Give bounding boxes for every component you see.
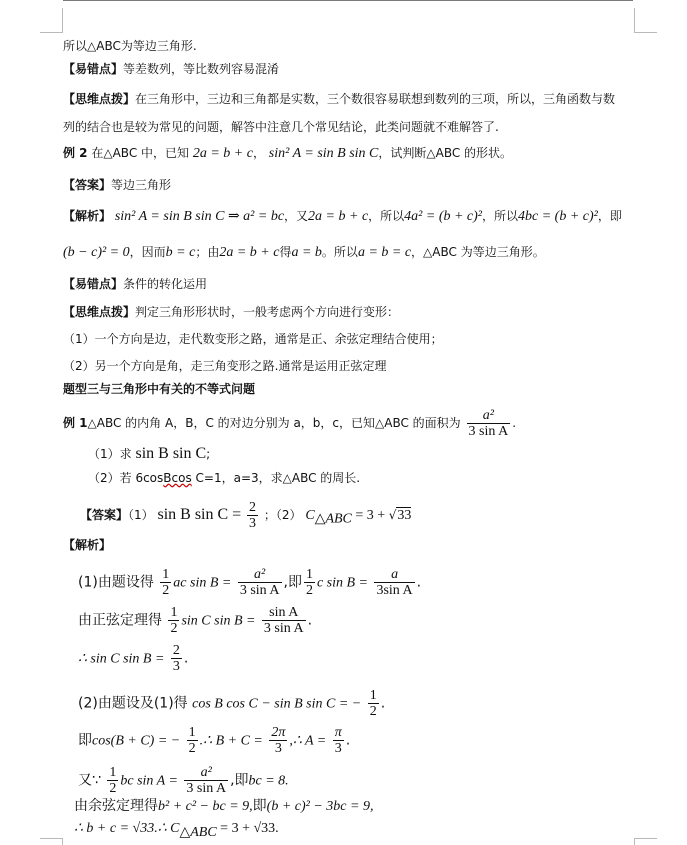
crop-mark-top-right-h bbox=[634, 32, 657, 33]
analysis-2-line-2: (b − c)² = 0，因而b = c；由2a = b + c得a = b。所… bbox=[63, 244, 545, 261]
text: ，又 bbox=[284, 209, 308, 223]
example-1: 例 1△ABC 的内角 A，B，C 的对边分别为 a，b，c，已知△ABC 的面… bbox=[63, 408, 516, 439]
numerator: 1 bbox=[160, 567, 171, 583]
expression: C bbox=[305, 508, 314, 523]
fraction: 23 bbox=[247, 500, 258, 531]
equation: 2a = b + c bbox=[219, 245, 279, 260]
crop-mark-top-right-v bbox=[634, 8, 635, 33]
equation: 2a = b + c bbox=[193, 146, 253, 161]
denominator: 3 sin A bbox=[262, 621, 306, 636]
fraction: 12 bbox=[168, 605, 179, 636]
text: (1)由题设得 bbox=[78, 575, 154, 591]
solution-2-line-4: 由余弦定理得b² + c² − bc = 9,即(b + c)² − 3bc =… bbox=[74, 798, 373, 815]
crop-mark-top-left-v bbox=[62, 8, 63, 33]
numerator: 1 bbox=[107, 765, 118, 781]
error-prone-text: 等差数列，等比数列容易混淆 bbox=[123, 62, 279, 76]
fraction: 12 bbox=[160, 567, 171, 598]
text: (2)由题设及(1)得 bbox=[78, 696, 188, 712]
crop-mark-top-left-h bbox=[40, 32, 63, 33]
equation: (b − c)² = 0 bbox=[63, 245, 130, 260]
fraction: 2π3 bbox=[269, 725, 287, 756]
answer-2: 【答案】等边三角形 bbox=[63, 177, 171, 193]
error-prone-2: 【易错点】条件的转化运用 bbox=[63, 276, 207, 292]
numerator: 2 bbox=[247, 500, 258, 516]
denominator: 2 bbox=[168, 621, 179, 636]
text: ; bbox=[206, 447, 210, 461]
equation: 4bc = (b + c)² bbox=[518, 209, 598, 224]
expression: c sin B = bbox=[317, 576, 368, 591]
text: . bbox=[417, 575, 421, 591]
expression: (b + c)² − 3bc = 9, bbox=[267, 799, 374, 814]
text: ，所以 bbox=[482, 209, 518, 223]
fraction: 12 bbox=[107, 765, 118, 796]
tag-error-prone: 【易错点】 bbox=[63, 277, 123, 291]
crop-mark-bottom-left-h bbox=[40, 838, 63, 839]
denominator: 3 bbox=[269, 741, 287, 756]
expression: = 3 + bbox=[352, 508, 389, 523]
text: （1） bbox=[128, 508, 154, 522]
text: 即 bbox=[78, 733, 92, 749]
thinking-2-item-2: （2）另一个方向是角，走三角变形之路.通常是运用正弦定理 bbox=[63, 358, 386, 374]
crop-mark-bottom-left-v bbox=[62, 838, 63, 845]
equation: sin² A = sin B sin C ⇒ a² = bc bbox=[115, 209, 284, 224]
equation: b = c bbox=[166, 245, 196, 260]
numerator: 1 bbox=[368, 688, 379, 704]
numerator: a bbox=[374, 567, 414, 583]
text: 又∵ bbox=[78, 773, 101, 789]
numerator: 1 bbox=[304, 567, 315, 583]
solution-1-line-1: (1)由题设得 12ac sin B = a²3 sin A,即12c sin … bbox=[78, 567, 421, 598]
text: . bbox=[308, 613, 312, 629]
thinking-1-line-a: 【思维点拨】在三角形中，三边和三角都是实数，三个数很容易联想到数列的三项，所以，… bbox=[63, 91, 615, 107]
expression: ∴ b + c = √33.∴ C bbox=[74, 821, 179, 836]
question-text: C=1，a=3，求△ABC 的周长. bbox=[192, 471, 360, 485]
text: ,即 bbox=[284, 575, 302, 591]
analysis-1-label: 【解析】 bbox=[63, 537, 111, 553]
fraction: sin A3 sin A bbox=[262, 605, 306, 636]
fraction: a²3 sin A bbox=[184, 765, 228, 796]
answer-1: 【答案】（1） sin B sin C = 23 ；（2） C△ABC = 3 … bbox=[80, 500, 411, 531]
fraction: 12 bbox=[187, 725, 198, 756]
numerator: a² bbox=[238, 567, 282, 583]
thinking-text: 判定三角形形状时，一般考虑两个方向进行变形： bbox=[135, 305, 399, 319]
fraction: 12 bbox=[304, 567, 315, 598]
question-text: （1）求 bbox=[88, 447, 132, 461]
denominator: 3sin A bbox=[374, 583, 414, 598]
error-prone-text: 条件的转化运用 bbox=[123, 277, 207, 291]
example-text: ，试判断△ABC 的形状。 bbox=[378, 146, 512, 160]
denominator: 3 sin A bbox=[467, 424, 511, 439]
example-text: 在△ABC 中，已知 bbox=[91, 146, 189, 160]
text: 得 bbox=[279, 245, 291, 259]
numerator: 1 bbox=[187, 725, 198, 741]
answer-text: 等边三角形 bbox=[111, 178, 171, 192]
denominator: 3 bbox=[247, 516, 258, 531]
text: ，所以 bbox=[368, 209, 404, 223]
solution-2-line-2: 即cos(B + C) = − 12.∴ B + C = 2π3,∴ A = π… bbox=[78, 725, 350, 756]
text: . bbox=[184, 651, 188, 667]
crop-mark-bottom-right-v bbox=[634, 838, 635, 845]
denominator: 3 sin A bbox=[184, 781, 228, 796]
denominator: 2 bbox=[107, 781, 118, 796]
solution-1-line-2: 由正弦定理得 12sin C sin B = sin A3 sin A. bbox=[78, 605, 312, 636]
equation: 4a² = (b + c)² bbox=[404, 209, 482, 224]
question-1: （1）求 sin B sin C; bbox=[88, 446, 210, 462]
tag-analysis: 【解析】 bbox=[63, 538, 111, 552]
spellcheck-word[interactable]: Bcos bbox=[163, 471, 191, 485]
text: 由正弦定理得 bbox=[78, 613, 162, 629]
numerator: a² bbox=[467, 408, 511, 424]
section-title: 题型三与三角形中有关的不等式问题 bbox=[63, 381, 255, 397]
subscript: △ABC bbox=[179, 825, 216, 840]
expression: cos B cos C − sin B sin C = − bbox=[192, 697, 361, 712]
subscript: △ABC bbox=[315, 511, 352, 526]
text: （2） bbox=[276, 508, 302, 522]
sqrt-value: 33 bbox=[396, 507, 411, 523]
example-text: △ABC 的内角 A，B，C 的对边分别为 a，b，c，已知△ABC 的面积为 bbox=[88, 416, 461, 430]
expression: .∴ B + C = bbox=[200, 734, 263, 749]
question-2: （2）若 6cosBcos C=1，a=3，求△ABC 的周长. bbox=[88, 470, 360, 486]
numerator: sin A bbox=[262, 605, 306, 621]
error-prone-1: 【易错点】等差数列，等比数列容易混淆 bbox=[63, 61, 279, 77]
fraction: π3 bbox=[333, 725, 344, 756]
section-heading: 题型三与三角形中有关的不等式问题 bbox=[63, 382, 255, 396]
denominator: 2 bbox=[304, 583, 315, 598]
page-top-border bbox=[63, 0, 633, 1]
tag-answer: 【答案】 bbox=[63, 178, 111, 192]
text: ；由 bbox=[195, 245, 219, 259]
text: ，因而 bbox=[130, 245, 166, 259]
fraction: a3sin A bbox=[374, 567, 414, 598]
conclusion-text: 所以△ABC为等边三角形. bbox=[63, 39, 197, 53]
denominator: 2 bbox=[160, 583, 171, 598]
list-item: （2）另一个方向是角，走三角变形之路.通常是运用正弦定理 bbox=[63, 359, 386, 373]
numerator: a² bbox=[184, 765, 228, 781]
solution-1-line-3: ∴ sin C sin B = 23. bbox=[78, 643, 188, 674]
equation: 2a = b + c bbox=[308, 209, 368, 224]
conclusion-line: 所以△ABC为等边三角形. bbox=[63, 38, 197, 54]
text: 。所以 bbox=[322, 245, 358, 259]
text: . bbox=[346, 733, 350, 749]
numerator: 2 bbox=[171, 643, 182, 659]
denominator: 3 bbox=[171, 659, 182, 674]
thinking-2: 【思维点拨】判定三角形形状时，一般考虑两个方向进行变形： bbox=[63, 304, 399, 320]
thinking-text: 在三角形中，三边和三角都是实数，三个数很容易联想到数列的三项，所以，三角函数与数 bbox=[135, 92, 615, 106]
solution-2-line-5: ∴ b + c = √33.∴ C△ABC = 3 + √33. bbox=[74, 820, 279, 841]
expression: bc = 8. bbox=[249, 774, 289, 789]
expression: sin B sin C = bbox=[157, 506, 241, 523]
thinking-text-cont: 列的结合也是较为常见的问题，解答中注意几个常见结论，此类问题就不难解答了. bbox=[63, 120, 499, 134]
expression: ac sin B = bbox=[173, 576, 231, 591]
expression: = 3 + √33. bbox=[217, 821, 279, 836]
fraction: 12 bbox=[368, 688, 379, 719]
denominator: 2 bbox=[368, 704, 379, 719]
fraction: a²3 sin A bbox=[238, 567, 282, 598]
expression: bc sin A = bbox=[120, 774, 178, 789]
fraction: a²3 sin A bbox=[467, 408, 511, 439]
tag-answer: 【答案】 bbox=[80, 508, 128, 522]
numerator: 1 bbox=[168, 605, 179, 621]
question-text: （2）若 6cos bbox=[88, 471, 163, 485]
crop-mark-bottom-right-h bbox=[634, 838, 657, 839]
tag-error-prone: 【易错点】 bbox=[63, 62, 123, 76]
example-label: 例 1 bbox=[63, 416, 88, 430]
list-item: （1）一个方向是边，走代数变形之路，通常是正、余弦定理结合使用； bbox=[63, 332, 443, 346]
text: ； bbox=[264, 508, 276, 522]
separator: ， bbox=[253, 146, 265, 160]
expression: cos(B + C) = − bbox=[92, 734, 180, 749]
text: ，△ABC 为等边三角形。 bbox=[411, 245, 545, 259]
fraction: 23 bbox=[171, 643, 182, 674]
text: 由余弦定理得 bbox=[74, 798, 158, 814]
denominator: 3 sin A bbox=[238, 583, 282, 598]
text: ，即 bbox=[598, 209, 622, 223]
example-label: 例 2 bbox=[63, 146, 88, 160]
expression: sin B sin C bbox=[135, 445, 206, 462]
text: ,即 bbox=[230, 773, 248, 789]
numerator: π bbox=[333, 725, 344, 741]
tag-thinking: 【思维点拨】 bbox=[63, 305, 135, 319]
analysis-2-line-1: 【解析】 sin² A = sin B sin C ⇒ a² = bc，又2a … bbox=[63, 208, 622, 225]
equation: sin² A = sin B sin C bbox=[269, 146, 379, 161]
denominator: 2 bbox=[187, 741, 198, 756]
numerator: 2π bbox=[269, 725, 287, 741]
text: . bbox=[381, 696, 385, 712]
expression: ,∴ A = bbox=[289, 734, 326, 749]
tag-analysis: 【解析】 bbox=[63, 209, 111, 223]
expression: ∴ sin C sin B = bbox=[78, 652, 164, 667]
example-2: 例 2 在△ABC 中，已知 2a = b + c， sin² A = sin … bbox=[63, 145, 512, 162]
expression: b² + c² − bc = 9, bbox=[158, 799, 253, 814]
tag-thinking: 【思维点拨】 bbox=[63, 92, 135, 106]
text: 即 bbox=[253, 798, 267, 814]
solution-2-line-1: (2)由题设及(1)得 cos B cos C − sin B sin C = … bbox=[78, 688, 385, 719]
thinking-2-item-1: （1）一个方向是边，走代数变形之路，通常是正、余弦定理结合使用； bbox=[63, 331, 443, 347]
equation: a = b bbox=[291, 245, 321, 260]
denominator: 3 bbox=[333, 741, 344, 756]
solution-2-line-3: 又∵ 12bc sin A = a²3 sin A,即bc = 8. bbox=[78, 765, 289, 796]
thinking-1-line-b: 列的结合也是较为常见的问题，解答中注意几个常见结论，此类问题就不难解答了. bbox=[63, 119, 499, 135]
equation: a = b = c bbox=[358, 245, 411, 260]
expression: sin C sin B = bbox=[181, 614, 255, 629]
